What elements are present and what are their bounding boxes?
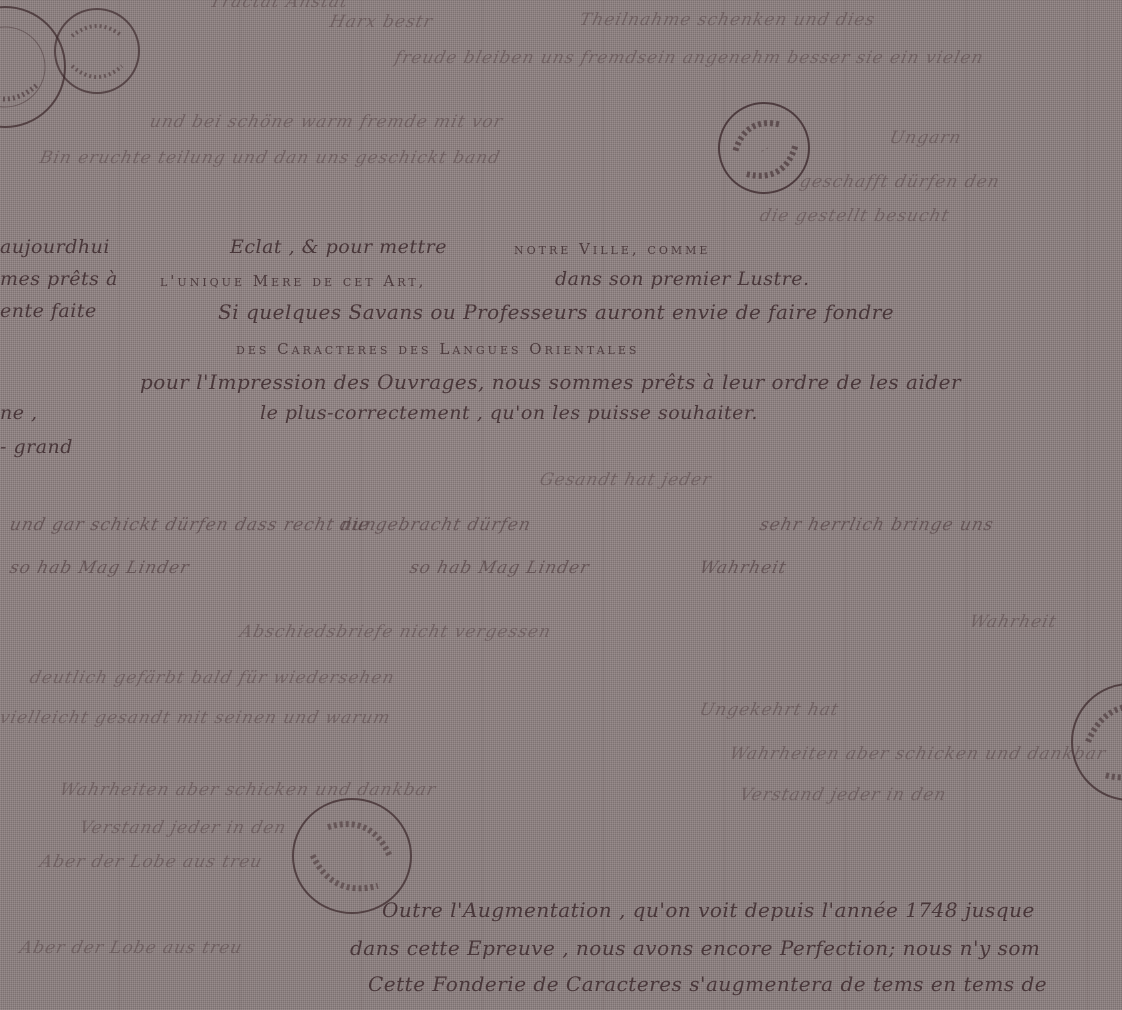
svg-text:- -: - -: [759, 143, 771, 155]
handwriting-line: so hab Mag Linder: [8, 558, 192, 578]
printed-line: des Caracteres des Langues Orientales: [236, 340, 639, 358]
handwriting-line: Ungarn: [888, 128, 964, 148]
handwriting-line: Tractat Anstat: [208, 0, 350, 12]
handwriting-line: Aber der Lobe aus treu: [18, 938, 245, 958]
handwriting-line: Bin eruchte teilung und dan uns geschick…: [38, 148, 502, 168]
handwriting-line: die gestellt besucht: [758, 206, 952, 226]
handwriting-line: Verstand jeder in den: [738, 785, 949, 805]
handwriting-line: Wahrheiten aber schicken und dankbar: [728, 744, 1108, 764]
handwriting-line: Wahrheit: [698, 558, 789, 578]
handwriting-line: geschafft dürfen den: [798, 172, 1002, 192]
handwriting-line: deutlich gefärbt bald für wiedersehen: [28, 668, 397, 688]
printed-fragment: ne ,: [0, 402, 38, 424]
printed-line: Outre l'Augmentation , qu'on voit depuis…: [382, 898, 1035, 922]
printed-line: Eclat , & pour mettre: [230, 236, 447, 258]
handwriting-line: vielleicht gesandt mit seinen und warum: [0, 708, 393, 728]
handwriting-line: sehr herrlich bringe uns: [758, 515, 996, 535]
printed-line: pour l'Impression des Ouvrages, nous som…: [140, 370, 961, 394]
printed-line: l'unique Mere de cet Art,: [160, 272, 426, 290]
handwriting-line: Abschiedsbriefe nicht vergessen: [238, 622, 553, 642]
printed-fragment: mes prêts à: [0, 268, 118, 290]
printed-line: notre Ville, comme: [514, 240, 710, 258]
printed-fragment: aujourdhui: [0, 236, 110, 258]
printed-fragment: - grand: [0, 436, 73, 458]
handwriting-line: und bei schöne warm fremde mit vor: [148, 112, 505, 132]
printed-line: le plus-correctement , qu'on les puisse …: [260, 402, 758, 424]
handwriting-line: Ungekehrt hat: [698, 700, 841, 720]
handwriting-line: Verstand jeder in den: [78, 818, 289, 838]
postmark-stamp-icon: - -: [716, 100, 812, 196]
postmark-stamp-icon: [1068, 680, 1122, 804]
handwriting-line: Wahrheit: [968, 612, 1059, 632]
handwriting-line: Harx bestr: [328, 12, 435, 32]
postmark-stamp-icon: [290, 796, 414, 916]
printed-fragment: ente faite: [0, 300, 97, 322]
printed-line: Si quelques Savans ou Professeurs auront…: [218, 300, 894, 324]
handwriting-line: Gesandt hat jeder: [538, 470, 714, 490]
handwriting-line: freude bleiben uns fremdsein angenehm be…: [393, 48, 986, 68]
postmark-stamp-icon: [52, 6, 142, 96]
handwriting-line: Aber der Lobe aus treu: [38, 852, 265, 872]
printed-line: dans cette Epreuve , nous avons encore P…: [350, 936, 1040, 960]
printed-line: Cette Fonderie de Caracteres s'augmenter…: [368, 972, 1047, 996]
handwriting-line: Theilnahme schenken und dies: [578, 10, 877, 30]
handwriting-line: die gebracht dürfen: [338, 515, 533, 535]
handwriting-line: und gar schickt dürfen dass recht nun: [8, 515, 379, 535]
handwriting-line: so hab Mag Linder: [408, 558, 592, 578]
printed-line: dans son premier Lustre.: [555, 268, 810, 290]
